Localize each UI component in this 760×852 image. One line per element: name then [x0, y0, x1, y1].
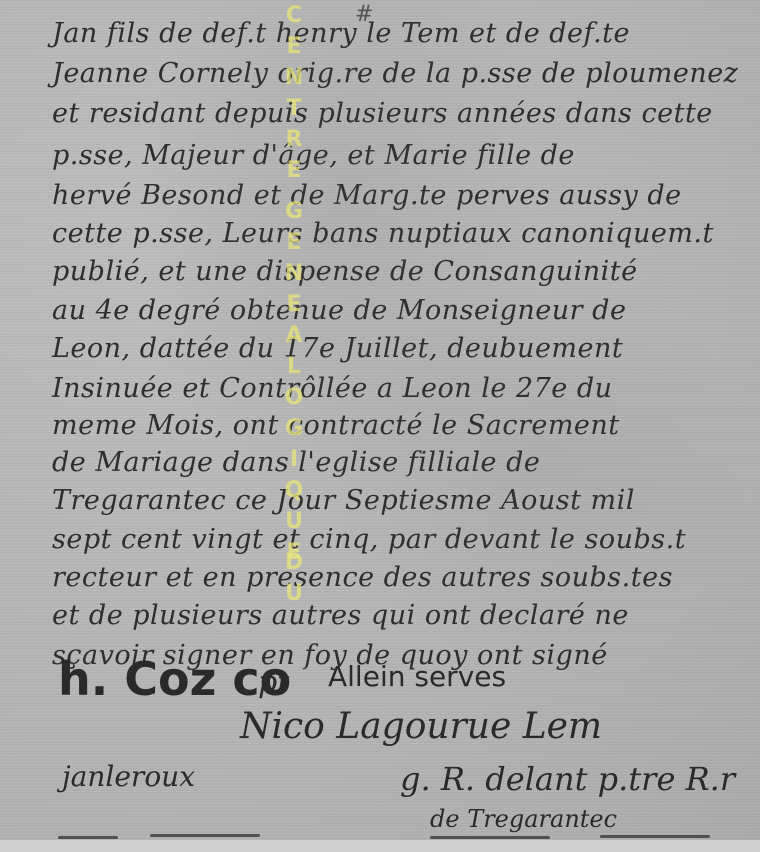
text-line-15: recteur et en presence des autres soubs.… — [52, 562, 673, 593]
bottom-margin — [0, 840, 760, 852]
watermark-letter: U — [285, 506, 303, 537]
watermark-letter: E — [286, 537, 301, 547]
watermark-letter: G — [285, 196, 303, 227]
watermark-letter: U — [285, 578, 303, 609]
text-line-13: Tregarantec ce Jour Septiesme Aoust mil — [52, 485, 635, 516]
signature-h-cozco: h. Coz co — [58, 652, 291, 706]
text-line-5: hervé Besond et de Marg.te perves aussy … — [52, 180, 682, 211]
text-line-4: p.sse, Majeur d'âge, et Marie fille de — [52, 140, 575, 171]
watermark-letter: R — [286, 124, 303, 155]
text-line-2: Jeanne Cornely orig.re de la p.sse de pl… — [52, 58, 738, 89]
text-line-6: cette p.sse, Leurs bans nuptiaux canoniq… — [52, 218, 714, 249]
ink-stroke — [58, 836, 118, 839]
watermark-letter: N — [285, 258, 303, 289]
watermark-letter: A — [285, 320, 302, 351]
text-line-7: publié, et une dispense de Consanguinité — [52, 256, 638, 287]
text-line-14: sept cent vingt et cinq, par devant le s… — [52, 524, 686, 555]
watermark-letter: E — [286, 289, 301, 320]
watermark-letter: Q — [285, 475, 304, 506]
watermark-letter: G — [285, 413, 303, 444]
ink-stroke — [430, 836, 550, 839]
signature-janleroux: janleroux — [62, 760, 195, 793]
text-line-3: et residant depuis plusieurs années dans… — [52, 98, 713, 129]
watermark-letter: O — [285, 382, 304, 413]
watermark-letter: E — [286, 155, 301, 186]
watermark-letter: L — [287, 351, 301, 382]
text-line-1: Jan fils de def.t henry le Tem et de def… — [52, 18, 630, 49]
signature-rector: g. R. delant p.tre R.r — [400, 760, 735, 798]
signature-rector-parish: de Tregarantec — [430, 805, 617, 833]
ink-stroke — [600, 835, 710, 838]
watermark-letter: D — [285, 547, 303, 578]
watermark-letter: E — [286, 227, 301, 258]
watermark-letter: I — [290, 444, 298, 475]
register-page: # Jan fils de def.t henry le Tem et de d… — [0, 0, 760, 840]
ink-stroke — [150, 834, 260, 837]
text-line-8: au 4e degré obtenue de Monseigneur de — [52, 295, 626, 326]
signature-allein-serves: Allein serves — [328, 660, 506, 693]
watermark-letter: C — [286, 0, 302, 31]
watermark-letter: E — [286, 31, 301, 62]
text-line-11: meme Mois, ont contracté le Sacrement — [52, 410, 620, 441]
watermark-letter: N — [285, 62, 303, 93]
watermark-vertical: C E N T R E G E N E A L O G I Q U E D U — [283, 0, 305, 840]
text-line-9: Leon, dattée du 17e Juillet, deubuement — [52, 333, 623, 364]
watermark-letter: T — [286, 93, 301, 124]
text-line-10: Insinuée et Contrôllée a Leon le 27e du — [52, 373, 613, 404]
text-line-16: et de plusieurs autres qui ont declaré n… — [52, 600, 629, 631]
